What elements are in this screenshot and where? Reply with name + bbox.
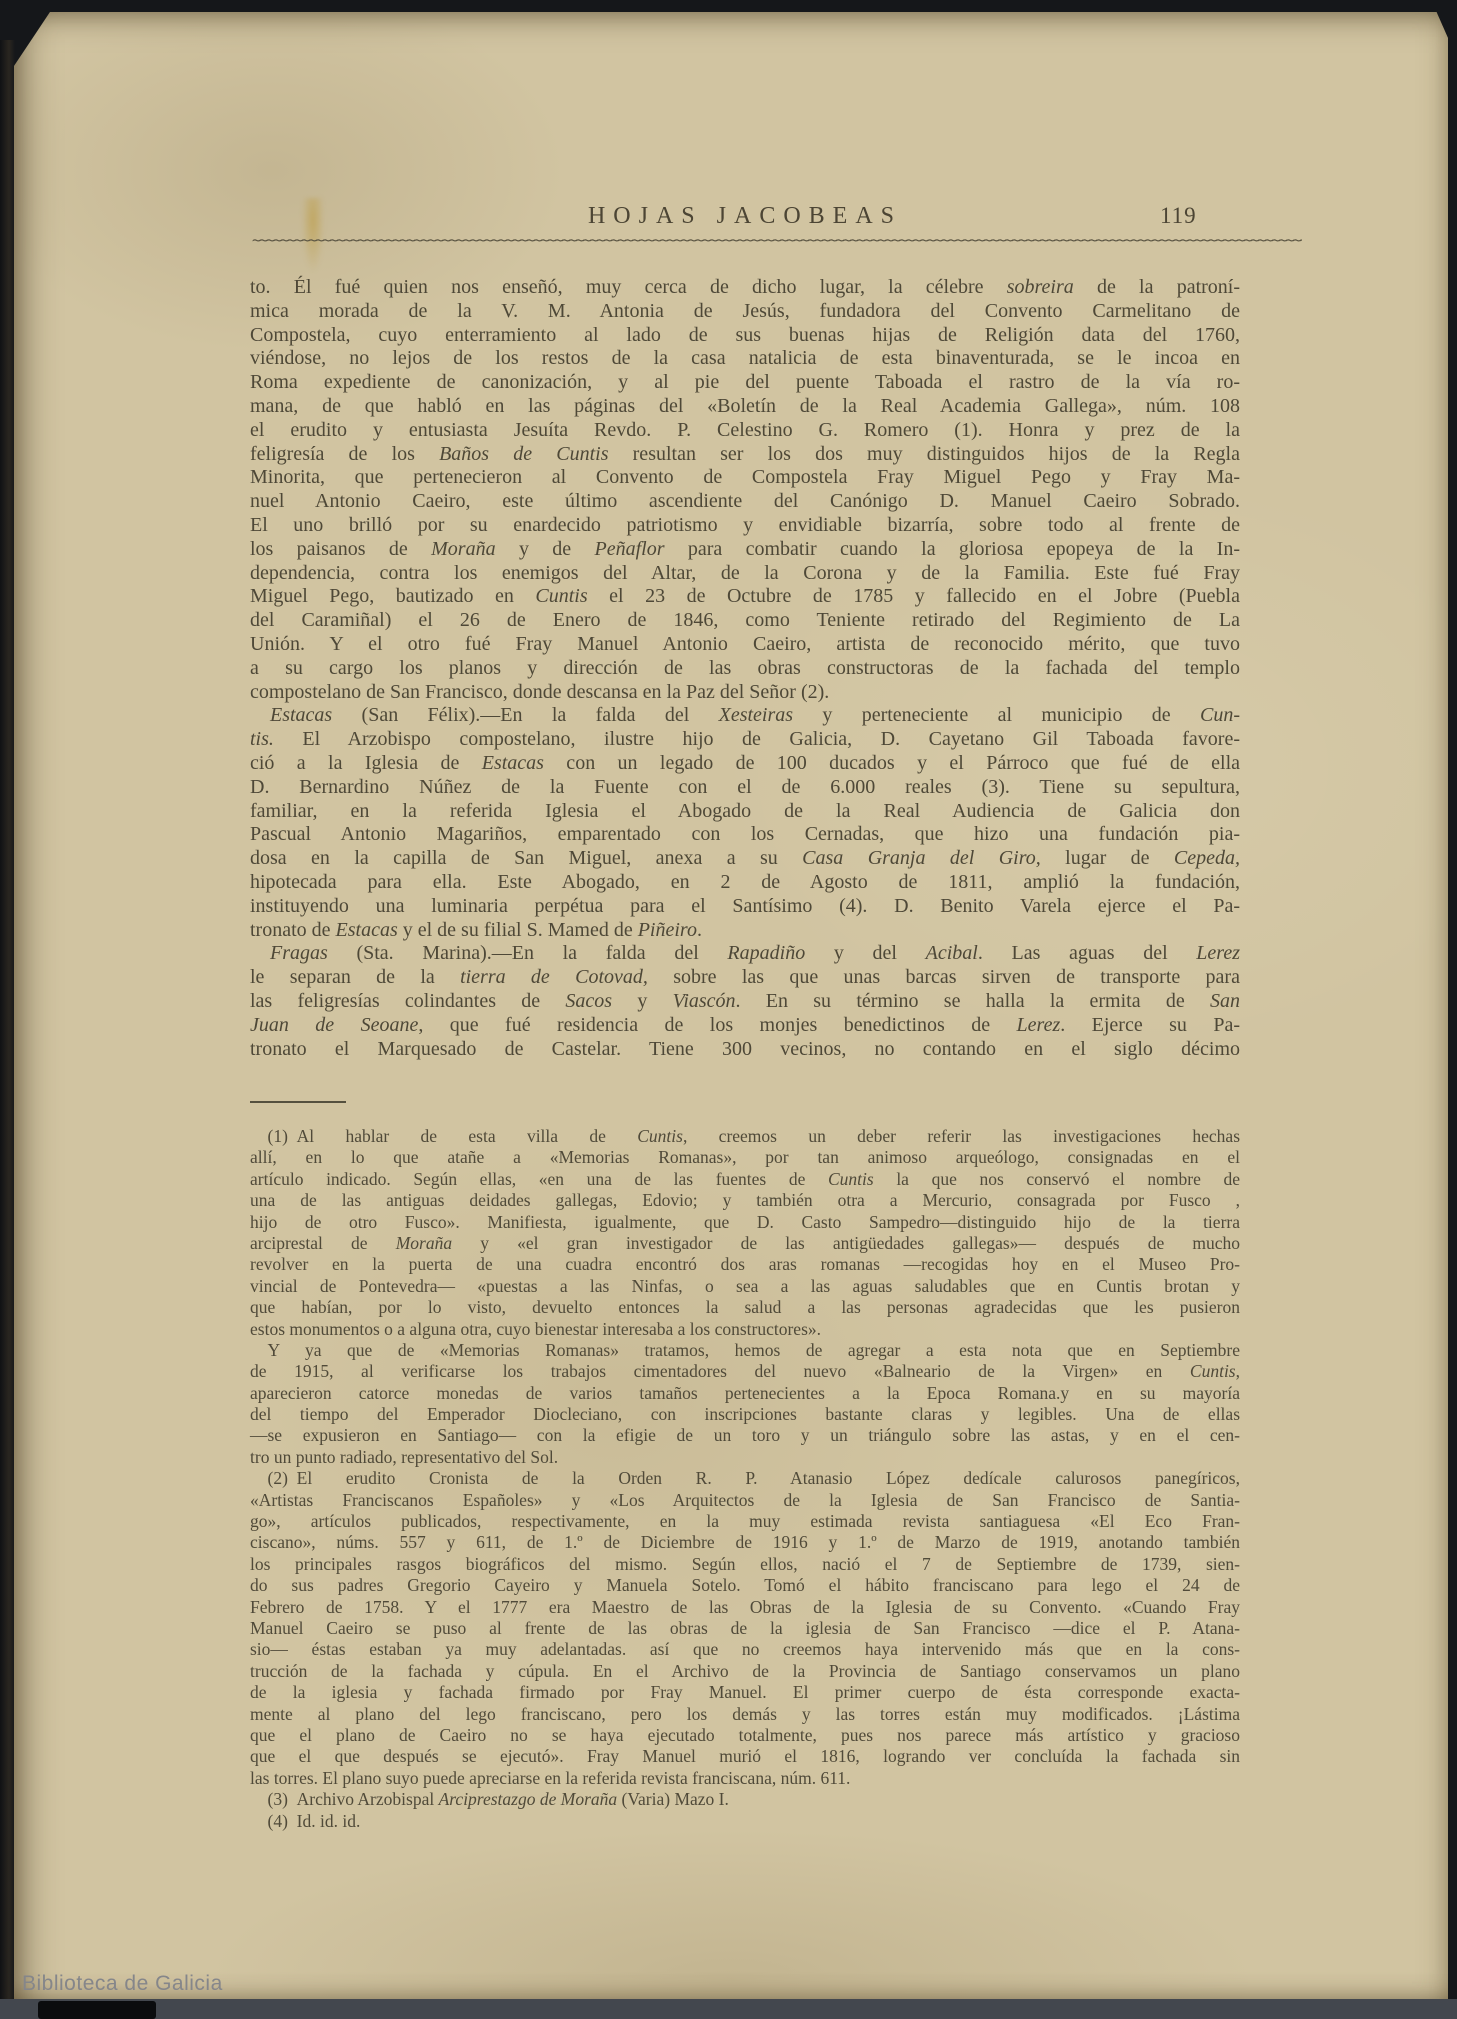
text-line: ciscano», núms. 557 y 611, de 1.º de Dic… xyxy=(250,1532,1240,1553)
text-line: tronato de Estacas y el de su filial S. … xyxy=(250,919,1240,943)
main-text: to. Él fué quien nos enseñó, muy cerca d… xyxy=(250,276,1240,1061)
text-line: dosa en la capilla de San Miguel, anexa … xyxy=(250,847,1240,871)
text-line: compostelano de San Francisco, donde des… xyxy=(250,681,1240,705)
text-line: (2) El erudito Cronista de la Orden R. P… xyxy=(250,1468,1240,1489)
text-line: los principales rasgos biográficos del m… xyxy=(250,1554,1240,1575)
text-line: los paisanos de Moraña y de Peñaflor par… xyxy=(250,538,1240,562)
text-line: Febrero de 1758. Y el 1777 era Maestro d… xyxy=(250,1597,1240,1618)
text-line: vincial de Pontevedra— «puestas a las Ni… xyxy=(250,1276,1240,1297)
text-line: Pascual Antonio Magariños, emparentado c… xyxy=(250,823,1240,847)
text-line: feligresía de los Baños de Cuntis result… xyxy=(250,443,1240,467)
text-line: instituyendo una luminaria perpétua para… xyxy=(250,895,1240,919)
text-line: del tiempo del Emperador Diocleciano, co… xyxy=(250,1404,1240,1425)
scan-ink-blob xyxy=(38,2001,156,2019)
text-line: Minorita, que pertenecieron al Convento … xyxy=(250,466,1240,490)
text-line: to. Él fué quien nos enseñó, muy cerca d… xyxy=(250,276,1240,300)
text-line: (3) Archivo Arzobispal Arciprestazgo de … xyxy=(250,1789,1240,1810)
page-header-title: HOJAS JACOBEAS xyxy=(250,203,1240,230)
text-line: dependencia, contra los enemigos del Alt… xyxy=(250,562,1240,586)
text-line: tronato el Marquesado de Castelar. Tiene… xyxy=(250,1038,1240,1062)
text-line: revolver en la puerta de una cuadra enco… xyxy=(250,1254,1240,1275)
text-line: mana, de que habló en las páginas del «B… xyxy=(250,395,1240,419)
text-line: las torres. El plano suyo puede apreciar… xyxy=(250,1768,1240,1789)
text-line: Y ya que de «Memorias Romanas» tratamos,… xyxy=(250,1340,1240,1361)
text-line: El uno brilló por su enardecido patrioti… xyxy=(250,514,1240,538)
text-line: «Artistas Franciscanos Españoles» y «Los… xyxy=(250,1490,1240,1511)
text-line: que habían, por lo visto, devuelto enton… xyxy=(250,1297,1240,1318)
text-line: (4) Id. id. id. xyxy=(250,1811,1240,1832)
text-line: hijo de otro Fusco». Manifiesta, igualme… xyxy=(250,1212,1240,1233)
text-line: do sus padres Gregorio Cayeiro y Manuela… xyxy=(250,1575,1240,1596)
text-line: que el plano de Caeiro no se haya ejecut… xyxy=(250,1725,1240,1746)
text-line: Juan de Seoane, que fué residencia de lo… xyxy=(250,1014,1240,1038)
text-line: las feligresías colindantes de Sacos y V… xyxy=(250,990,1240,1014)
text-line: ció a la Iglesia de Estacas con un legad… xyxy=(250,752,1240,776)
scan-bottom-strip xyxy=(0,1999,1457,2019)
text-line: viéndose, no lejos de los restos de la c… xyxy=(250,347,1240,371)
text-line: que el que después se ejecutó». Fray Man… xyxy=(250,1746,1240,1767)
text-line: go», artículos publicados, respectivamen… xyxy=(250,1511,1240,1532)
text-line: —se expusieron en Santiago— con la efigi… xyxy=(250,1425,1240,1446)
library-watermark: Biblioteca de Galicia xyxy=(22,1972,223,1996)
page-number: 119 xyxy=(1160,203,1197,229)
text-line: D. Bernardino Núñez de la Fuente con el … xyxy=(250,776,1240,800)
text-line: de la iglesia y fachada firmado por Fray… xyxy=(250,1682,1240,1703)
text-line: nuel Antonio Caeiro, este último ascendi… xyxy=(250,490,1240,514)
text-line: del Caramiñal) el 26 de Enero de 1846, c… xyxy=(250,609,1240,633)
book-spine-edge xyxy=(0,40,15,1999)
text-line: tro un punto radiado, representativo del… xyxy=(250,1447,1240,1468)
text-line: Fragas (Sta. Marina).—En la falda del Ra… xyxy=(250,942,1240,966)
text-line: aparecieron catorce monedas de varios ta… xyxy=(250,1383,1240,1404)
footnote-separator-rule xyxy=(250,1101,346,1103)
text-line: a su cargo los planos y dirección de las… xyxy=(250,657,1240,681)
text-line: Estacas (San Félix).—En la falda del Xes… xyxy=(250,704,1240,728)
text-line: el erudito y entusiasta Jesuíta Revdo. P… xyxy=(250,419,1240,443)
text-line: hipotecada para ella. Este Abogado, en 2… xyxy=(250,871,1240,895)
text-line: mente al plano del lego franciscano, per… xyxy=(250,1704,1240,1725)
scanned-book-page: HOJAS JACOBEAS 119 ~~~~~~~~~~~~~~~~~~~~~… xyxy=(0,0,1457,2019)
text-line: tis. El Arzobispo compostelano, ilustre … xyxy=(250,728,1240,752)
text-line: mica morada de la V. M. Antonia de Jesús… xyxy=(250,300,1240,324)
text-line: una de las antiguas deidades gallegas, E… xyxy=(250,1190,1240,1211)
text-line: (1) Al hablar de esta villa de Cuntis, c… xyxy=(250,1126,1240,1147)
text-line: Compostela, cuyo enterramiento al lado d… xyxy=(250,324,1240,348)
text-line: Miguel Pego, bautizado en Cuntis el 23 d… xyxy=(250,585,1240,609)
text-line: allí, en lo que atañe a «Memorias Romana… xyxy=(250,1147,1240,1168)
text-line: Unión. Y el otro fué Fray Manuel Antonio… xyxy=(250,633,1240,657)
wavy-rule: ~~~~~~~~~~~~~~~~~~~~~~~~~~~~~~~~~~~~~~~~… xyxy=(252,233,1302,249)
text-line: trucción de la fachada y cúpula. En el A… xyxy=(250,1661,1240,1682)
text-line: arciprestal de Moraña y «el gran investi… xyxy=(250,1233,1240,1254)
text-line: artículo indicado. Según ellas, «en una … xyxy=(250,1169,1240,1190)
text-line: Roma expediente de canonización, y al pi… xyxy=(250,371,1240,395)
text-line: sio— éstas estaban ya muy adelantadas. a… xyxy=(250,1639,1240,1660)
footnotes-text: (1) Al hablar de esta villa de Cuntis, c… xyxy=(250,1126,1240,1832)
text-line: le separan de la tierra de Cotovad, sobr… xyxy=(250,966,1240,990)
text-line: de 1915, al verificarse los trabajos cim… xyxy=(250,1361,1240,1382)
text-line: estos monumentos o a alguna otra, cuyo b… xyxy=(250,1319,1240,1340)
text-line: familiar, en la referida Iglesia el Abog… xyxy=(250,800,1240,824)
text-line: Manuel Caeiro se puso al frente de las o… xyxy=(250,1618,1240,1639)
